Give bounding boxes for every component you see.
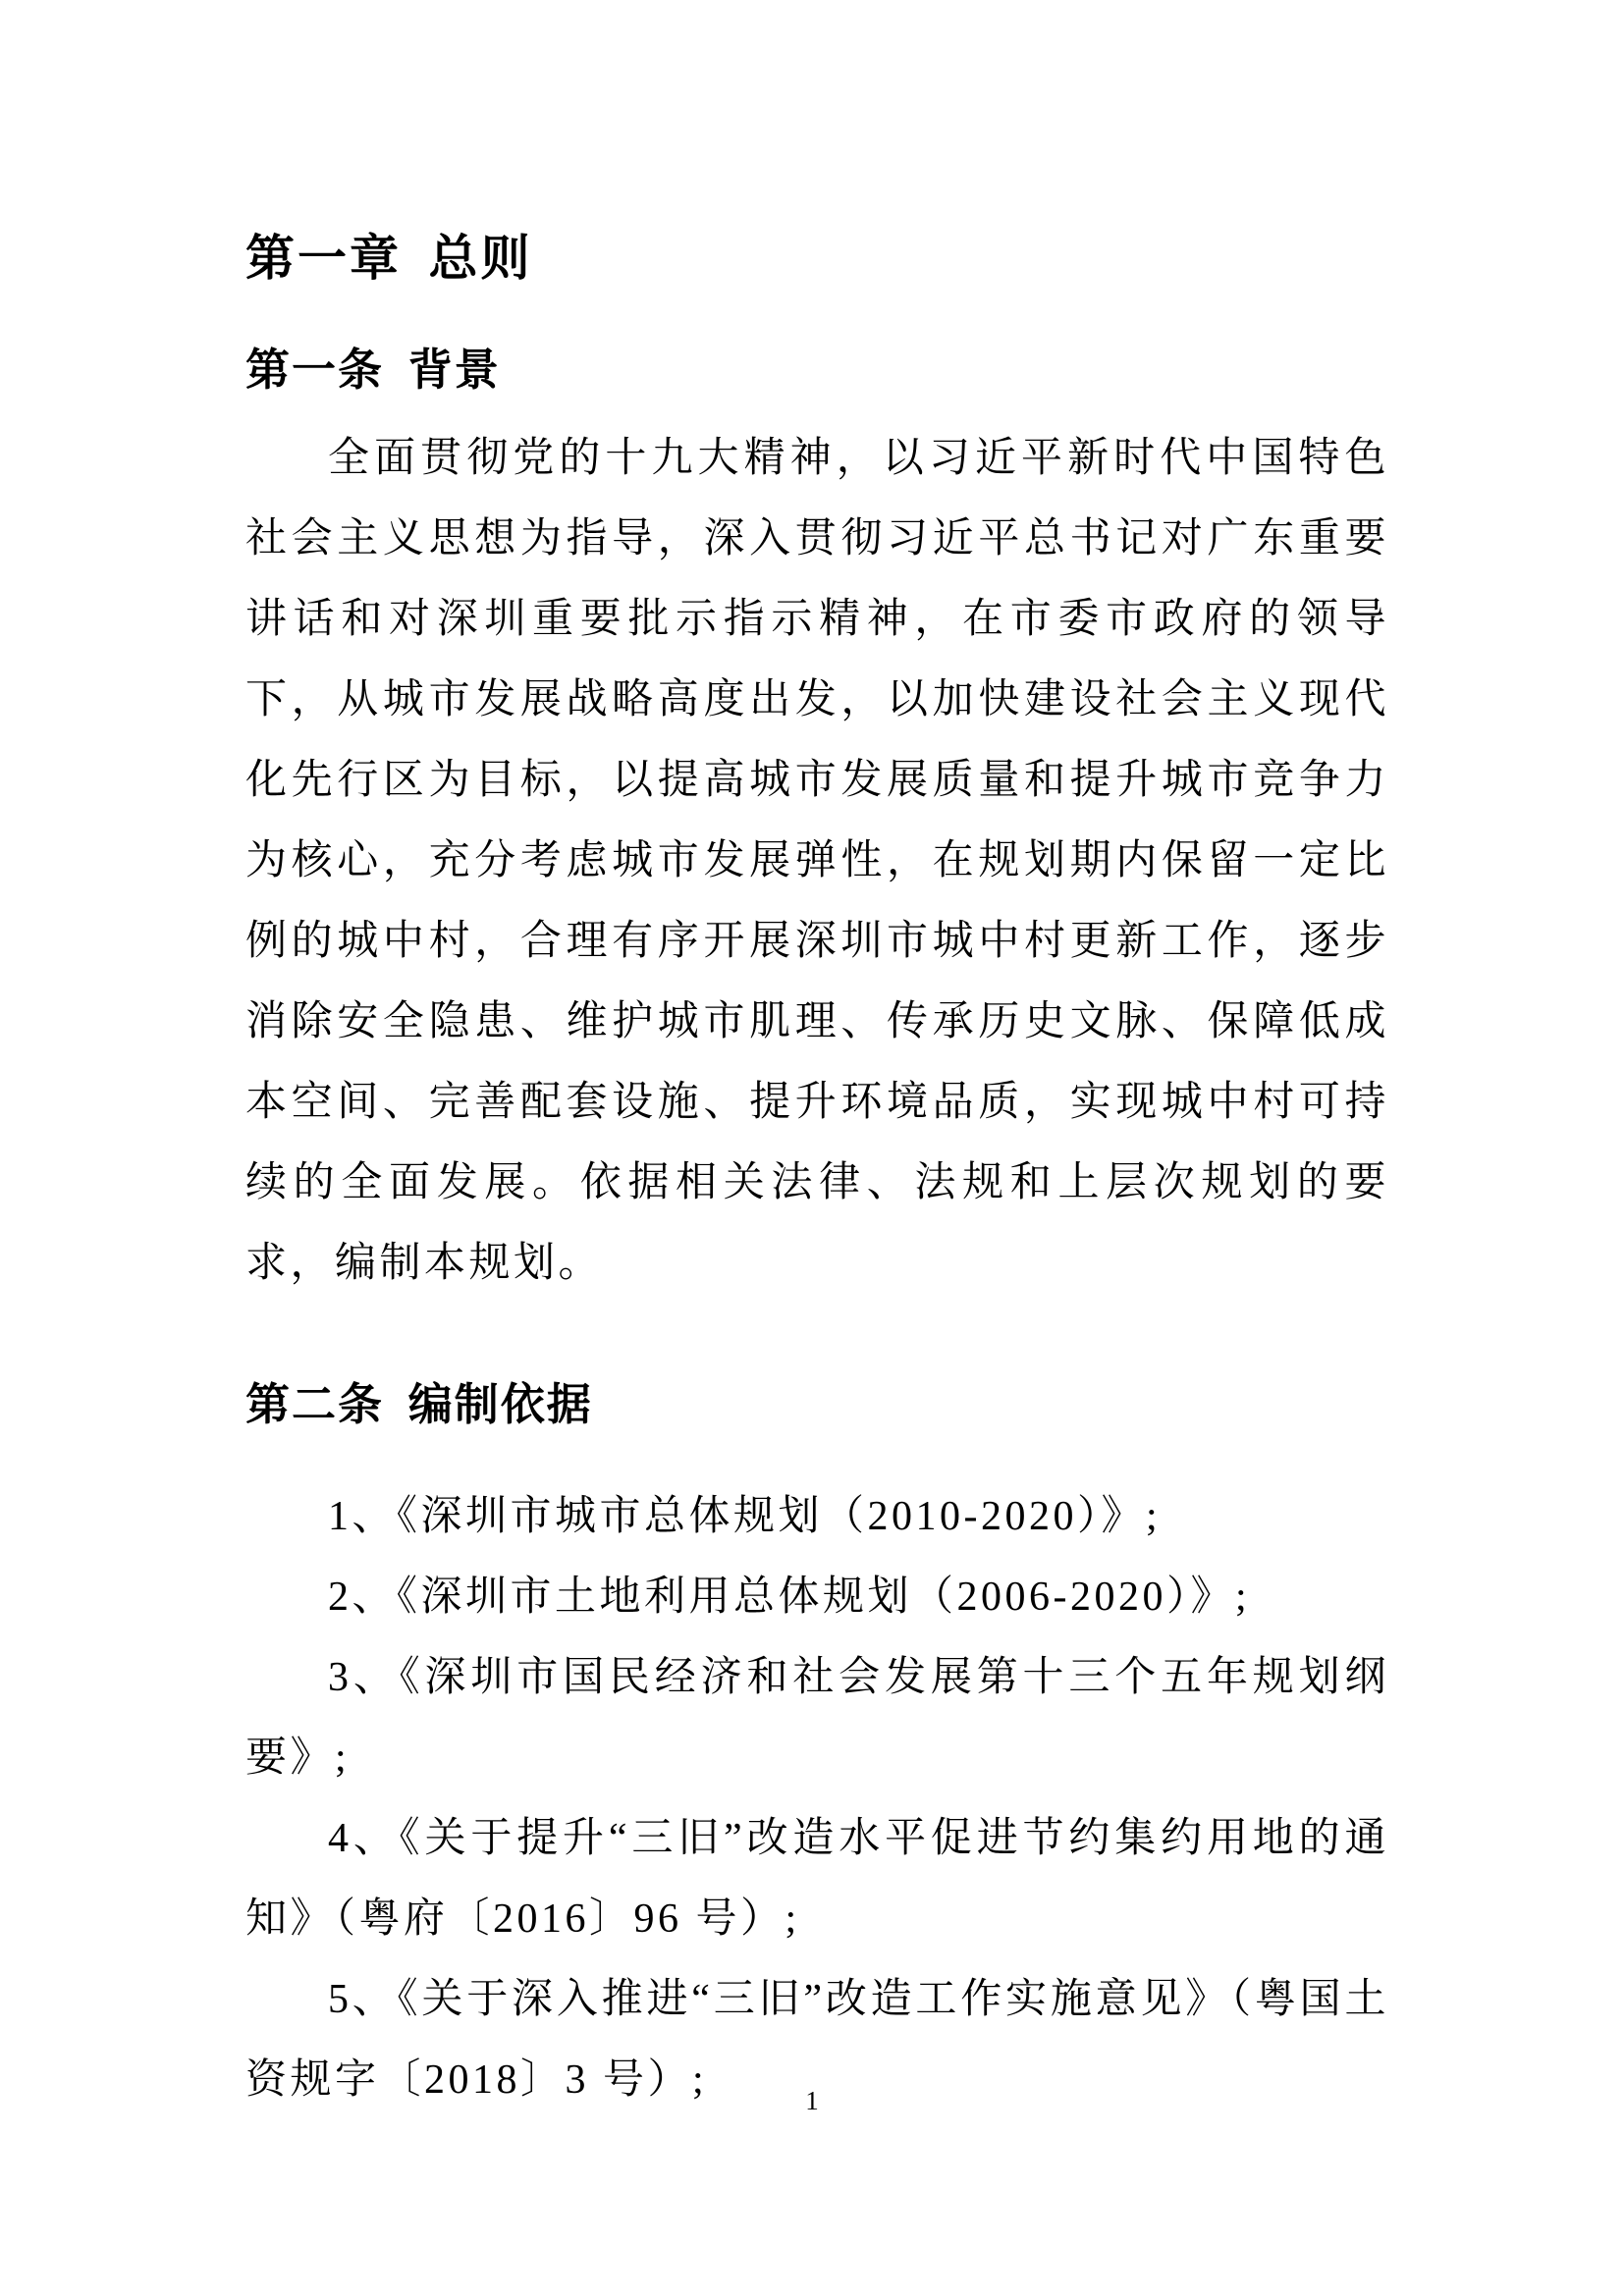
page-footer: 1 [0, 2083, 1624, 2118]
section-heading-background: 第一条背景 [245, 340, 1389, 400]
list-item: 3、《深圳市国民经济和社会发展第十三个五年规划纲要》; [245, 1637, 1389, 1798]
page-number: 1 [805, 2086, 819, 2115]
document-page: 第一章总则 第一条背景 全面贯彻党的十九大精神，以习近平新时代中国特色社会主义思… [0, 0, 1624, 2296]
list-item: 4、《关于提升“三旧”改造水平促进节约集约用地的通知》（粤府〔2016〕96 号… [245, 1798, 1389, 1959]
section-1-label: 第一条 [245, 345, 384, 395]
chapter-heading: 第一章总则 [245, 226, 1389, 291]
background-paragraph: 全面贯彻党的十九大精神，以习近平新时代中国特色社会主义思想为指导，深入贯彻习近平… [245, 418, 1389, 1304]
section-2-title: 编制依据 [408, 1379, 593, 1429]
reference-list: 1、《深圳市城市总体规划（2010-2020）》; 2、《深圳市土地利用总体规划… [245, 1476, 1389, 2120]
section-2-label: 第二条 [245, 1379, 384, 1429]
list-item: 2、《深圳市土地利用总体规划（2006-2020）》; [245, 1557, 1389, 1637]
chapter-title: 总则 [429, 231, 533, 286]
section-heading-basis: 第二条编制依据 [245, 1374, 1389, 1435]
chapter-label: 第一章 [245, 231, 402, 286]
section-1-title: 背景 [408, 345, 501, 395]
list-item: 1、《深圳市城市总体规划（2010-2020）》; [245, 1476, 1389, 1557]
